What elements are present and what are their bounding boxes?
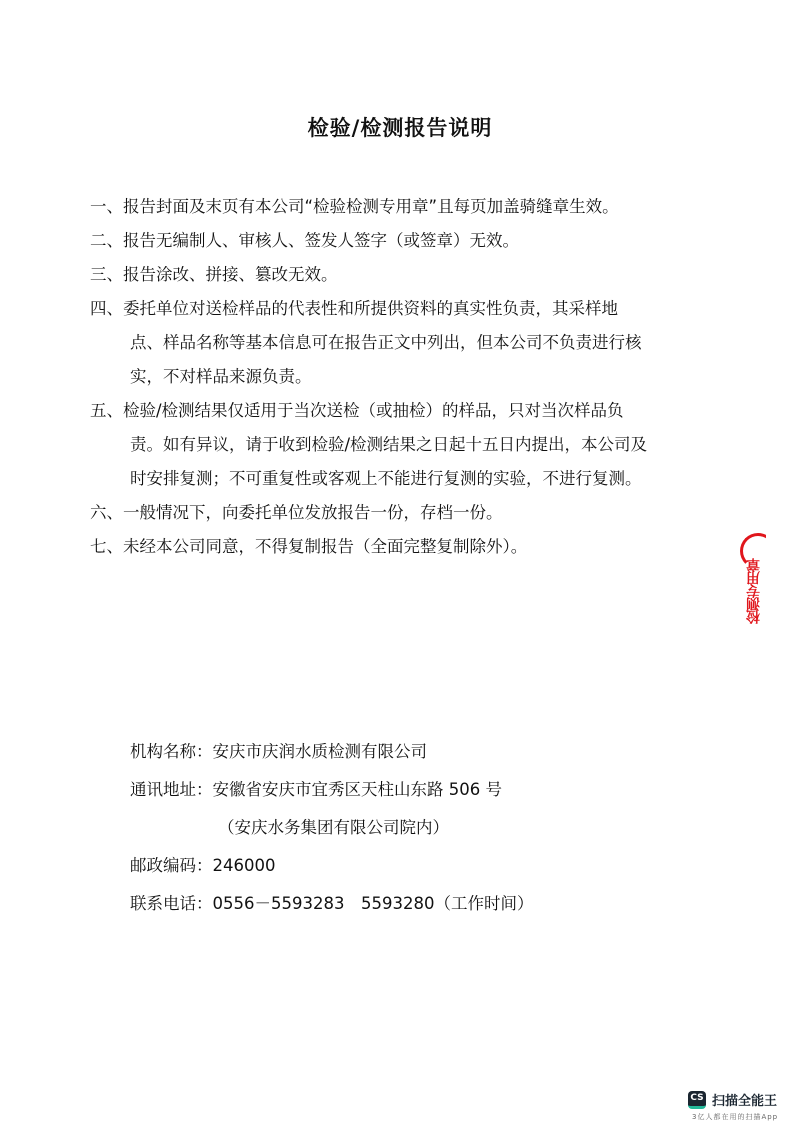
clauses-list: 一、报告封面及末页有本公司“检验检测专用章”且每页加盖骑缝章生效。 二、报告无编… [90, 190, 710, 564]
cs-app-name: 扫描全能王 [712, 1090, 777, 1109]
camscanner-watermark: CS 扫描全能王 [688, 1090, 777, 1109]
postal-code: 邮政编码：246000 [130, 847, 650, 885]
org-name: 机构名称：安庆市庆润水质检测有限公司 [130, 733, 650, 771]
phone: 联系电话：0556－5593283 5593280（工作时间） [130, 885, 650, 923]
address: 通讯地址：安徽省安庆市宜秀区天柱山东路 506 号 [130, 771, 650, 809]
clause-5: 五、检验/检测结果仅适用于当次送检（或抽检）的样品，只对当次样品负 责。如有异议… [90, 394, 710, 496]
document-title: 检验/检测报告说明 [0, 112, 800, 142]
clause-7: 七、未经本公司同意，不得复制报告（全面完整复制除外）。 [90, 530, 710, 564]
clause-6: 六、一般情况下，向委托单位发放报告一份，存档一份。 [90, 496, 710, 530]
clause-3: 三、报告涂改、拼接、篡改无效。 [90, 258, 710, 292]
contact-info: 机构名称：安庆市庆润水质检测有限公司 通讯地址：安徽省安庆市宜秀区天柱山东路 5… [130, 733, 650, 923]
cs-logo-icon: CS [688, 1091, 706, 1109]
seal-stamp: 检测专用章 [738, 533, 766, 683]
clause-2: 二、报告无编制人、审核人、签发人签字（或签章）无效。 [90, 224, 710, 258]
cs-tagline: 3亿人都在用的扫描App [692, 1112, 778, 1122]
clause-1: 一、报告封面及末页有本公司“检验检测专用章”且每页加盖骑缝章生效。 [90, 190, 710, 224]
address-note: （安庆水务集团有限公司院内） [130, 809, 650, 847]
clause-4: 四、委托单位对送检样品的代表性和所提供资料的真实性负责，其采样地 点、样品名称等… [90, 292, 710, 394]
